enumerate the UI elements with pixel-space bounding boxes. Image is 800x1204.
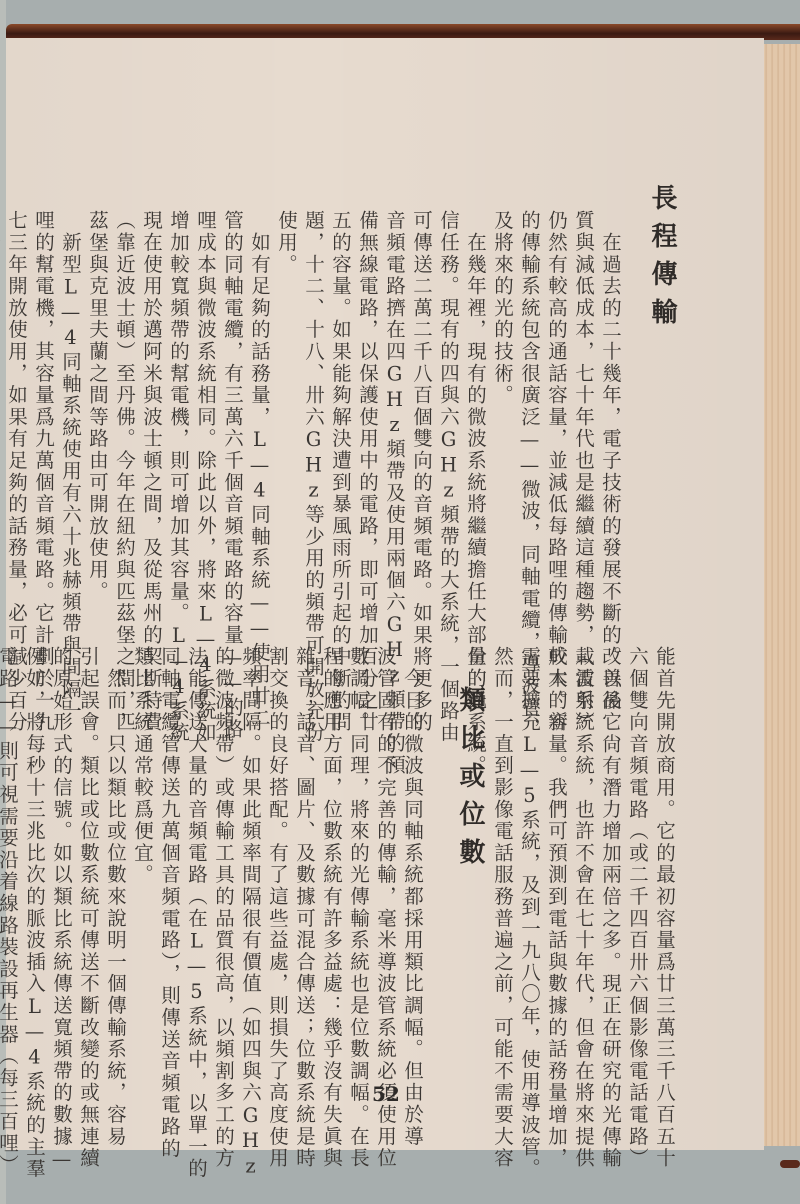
text-column: 增加較寬頻帶的幫電機，則可增加其容量。L—4系統 bbox=[165, 210, 192, 640]
text-column: 及將來的光的技術。 bbox=[489, 210, 516, 640]
text-column: 波管固有的不完善的傳輸，毫米導波管系統必須使用位 bbox=[372, 646, 399, 1076]
section-body-long-distance-continued: 能首先開放商用。它的最初容量爲廿三萬三千八百五十 六個雙向音頻電路（或二千四百卅… bbox=[462, 646, 678, 1076]
text-column: 然而，只以類比或位數來說明一個傳輸系統，容易 bbox=[102, 646, 129, 1076]
book-page-edges bbox=[762, 44, 800, 1146]
text-column: 哩的幫電機，其容量爲九萬個音頻電路。它計劃於一九 bbox=[30, 210, 57, 640]
text-column: 六個雙向音頻電路（或二千四百卅六個影像電話電路） bbox=[624, 646, 651, 1076]
page-number: 52 bbox=[372, 1082, 400, 1106]
text-column: 仍然有較高的通話容量，並減低每路哩的傳輸成本。新 bbox=[543, 210, 570, 640]
section-body-long-distance: 在過去的二十幾年，電子技術的發展不斷的改善品 質與減低成本，七十年代也是繼續這種… bbox=[0, 210, 624, 640]
text-column: 的原始形式的信號。如以類比系統傳送寬頻帶的數據— bbox=[48, 646, 75, 1076]
text-column: 類比系統通常較爲便宜。 bbox=[129, 646, 156, 1076]
text-column: 現在使用於邁阿米與波士頓之間，及從馬州的契斯特費 bbox=[138, 210, 165, 640]
text-column: 新型L—4同軸系統使用有六十兆赫頻帶與間隔一 bbox=[57, 210, 84, 640]
section-body-analog-or-digital: 今日的微波與同軸系統都採用類比調幅。但由於導 波管固有的不完善的傳輸，毫米導波管… bbox=[0, 646, 426, 1076]
text-column: 的微波頻帶）或傳輸工具的品質很高，以頻割多工的方 bbox=[210, 646, 237, 1076]
text-column: 能首先開放商用。它的最初容量爲廿三萬三千八百五十 bbox=[651, 646, 678, 1076]
text-column: 然而，一直到影像電話服務普遍之前，可能不需要大容 bbox=[489, 646, 516, 1076]
text-column: 。以後它尙有潛力增加兩倍之多。現正在研究的光傳輸 bbox=[597, 646, 624, 1076]
text-column: 電路——則可視需要沿着線路裝設再生器（每三百哩） bbox=[0, 646, 21, 1076]
text-column: 在過去的二十幾年，電子技術的發展不斷的改善品 bbox=[597, 210, 624, 640]
text-column: 茲堡與克里夫蘭之間等路由可開放使用。 bbox=[84, 210, 111, 640]
text-column: 數調幅。同理，將來的光傳輸系統也是位數調幅。在長 bbox=[345, 646, 372, 1076]
text-column: 需要擴充L—5系統，及到一九八〇年，使用導波管。 bbox=[516, 646, 543, 1076]
section-heading-long-distance: 長程傳輸 bbox=[644, 184, 681, 336]
text-column: 質與減低成本，七十年代也是繼續這種趨勢，載波系統 bbox=[570, 210, 597, 640]
text-column: 七三年開放使用，如果有足夠的話務量，必可減少百分 bbox=[3, 210, 30, 640]
text-column: 備無線電路，以保護使用中的電路，即可增加百分之廿 bbox=[354, 210, 381, 640]
text-column: 割交換的良好搭配。有了這些益處，則損失了高度使用 bbox=[264, 646, 291, 1076]
text-column: 五的容量。如果能夠解決遭到暴風雨所引起的中斷的問 bbox=[327, 210, 354, 640]
text-column: 如有足夠的話務量，L—4同軸系統——使用廿二 bbox=[246, 210, 273, 640]
text-column: 信任務。現有的四與六GHz頻帶的大系統，一個路由 bbox=[435, 210, 462, 640]
text-column: 今日的微波與同軸系統都採用類比調幅。但由於導 bbox=[399, 646, 426, 1076]
text-column: 哩成本與微波系統相同。除此以外，將來L—4系統如 bbox=[192, 210, 219, 640]
text-column: 同軸電纜管傳送九萬個音頻電路），則傳送音頻電路的 bbox=[156, 646, 183, 1076]
text-column: （靠近波士頓）至丹佛。今年在紐約與匹茲堡之間，匹 bbox=[111, 210, 138, 640]
text-column: 音頻電路擠在四GHz頻帶及使用兩個六GHz頻帶的預 bbox=[381, 210, 408, 640]
text-column: 引起誤會。類比或位數系統可傳送不斷改變的或無連續 bbox=[75, 646, 102, 1076]
text-column: 題，十二、十八、卅六GHz等少用的頻帶可開放充份 bbox=[300, 210, 327, 640]
text-column: 管的同軸電纜，有三萬六千個音頻電路的容量——的路 bbox=[219, 210, 246, 640]
text-column: 的傳輸系統包含很廣泛——微波，同軸電纜，導波管， bbox=[516, 210, 543, 640]
text-column: 可傳送二萬二千八百個雙向的音頻電路。如果將更多的 bbox=[408, 210, 435, 640]
text-column: 在幾年裡，現有的微波系統將繼續擔任大部份的通 bbox=[462, 210, 489, 640]
text-column: 例如，將每秒十三兆比次的脈波插入L—4系統的主羣 bbox=[21, 646, 48, 1076]
text-column: 雜音；話音、圖片、及數據可混合傳送；位數系統是時 bbox=[291, 646, 318, 1076]
text-column: 法能傳送大量的音頻電路（在L—5系統中，以單一的 bbox=[183, 646, 210, 1076]
text-column: 使用。 bbox=[273, 210, 300, 640]
text-column: 較大的容量。我們可預測到電話與數據的話務量增加， bbox=[543, 646, 570, 1076]
text-column: 頻率間隔。如果此頻率間隔很有價值（如四與六GHz bbox=[237, 646, 264, 1076]
section-heading-analog-or-digital: 類比或位數 bbox=[452, 686, 489, 876]
book-cover-bottom-edge bbox=[780, 1160, 800, 1168]
text-column: 程的應用方面，位數系統有許多益處：幾乎沒有失眞與 bbox=[318, 646, 345, 1076]
text-column: （雷射）系統，也許不會在七十年代，但會在將來提供 bbox=[570, 646, 597, 1076]
book-page: 長程傳輸 在過去的二十幾年，電子技術的發展不斷的改善品 質與減低成本，七十年代也… bbox=[6, 38, 764, 1150]
